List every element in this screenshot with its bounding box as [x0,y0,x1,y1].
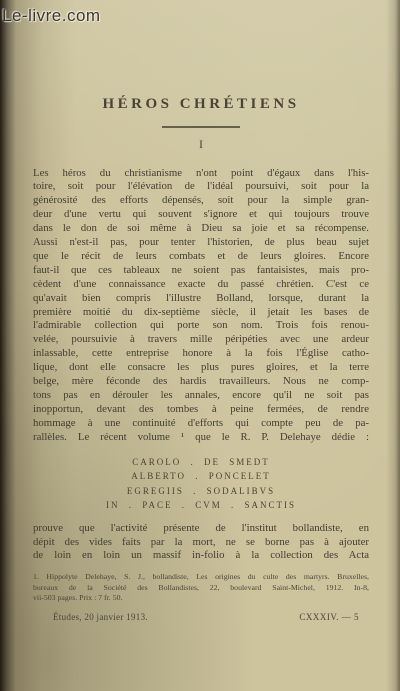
text-line: l'admirable collection qui porte son nom… [33,319,369,333]
title-divider [162,126,240,128]
page-content: HÉROS CHRÉTIENS I Les héros du christian… [33,90,369,622]
footnote-line: bureaux de la Société des Bollandistes, … [33,583,369,593]
body-paragraph-2: prouve que l'activité présente de l'inst… [33,522,369,564]
footer-volume-ref: CXXXIV. — 5 [299,612,369,622]
section-number: I [33,137,369,152]
text-line: hommage à une continuité d'efforts qui c… [33,417,369,431]
dedication-line: IN . PACE . CVM . SANCTIS [33,498,369,513]
dedication-line: EGREGIIS . SODALIBVS [33,484,369,499]
text-line: faut-il que ces tableaux ne soient pas f… [33,264,369,278]
footnote-line: 1. Hippolyte Delehaye, S. J., bollandist… [33,572,369,582]
scanned-page: Le-livre.com HÉROS CHRÉTIENS I Les héros… [0,0,400,691]
text-line: première moitié du dix-septième siècle, … [33,306,369,320]
text-line: prouve que l'activité présente de l'inst… [33,522,369,536]
watermark: Le-livre.com [2,6,101,26]
text-line: dépit des vides faits par la mort, ne se… [33,536,369,550]
dedication-block: CAROLO . DE SMEDTALBERTO . PONCELETEGREG… [33,455,369,513]
text-line: générosité des efforts dépensés, soit po… [33,194,369,208]
text-line: velée, poursuivie à travers mille péripé… [33,333,369,347]
text-line: de loin en loin un massif in-folio à la … [33,549,369,563]
text-line: dans le don de soi même à Dieu sa joie e… [33,222,369,236]
text-line: tons pas en dérouler les annales, encore… [33,389,369,403]
body-paragraph-1: Les héros du christianisme n'ont point d… [33,167,369,445]
text-line: Les héros du christianisme n'ont point d… [33,167,369,181]
footnote: 1. Hippolyte Delehaye, S. J., bollandist… [33,572,369,603]
footer-journal-date: Études, 20 janvier 1913. [33,612,148,622]
dedication-line: CAROLO . DE SMEDT [33,455,369,470]
text-line: belge, mère féconde des hardis travaille… [33,375,369,389]
dedication-line: ALBERTO . PONCELET [33,469,369,484]
text-line: inlassable, cette entreprise honore à la… [33,347,369,361]
text-line: que le récit de leurs combats et de leur… [33,250,369,264]
text-line: rallèles. Le récent volume ¹ que le R. P… [33,431,369,445]
footnote-line: vii-503 pages. Prix : 7 fr. 50. [33,593,369,603]
text-line: lique, dont elle consacre les plus pures… [33,361,369,375]
text-line: qu'avait bien compris l'illustre Bolland… [33,292,369,306]
text-line: toire, soit pour l'élévation de l'idéal … [33,180,369,194]
text-line: Aussi n'est-il pas, pour tenter l'histor… [33,236,369,250]
page-title: HÉROS CHRÉTIENS [33,96,369,113]
text-line: inopportun, devant des tombes à peine fe… [33,403,369,417]
text-line: deur d'une vertu qui souvent s'ignore et… [33,208,369,222]
text-line: cèdent d'une connaissance exacte du pass… [33,278,369,292]
page-footer: Études, 20 janvier 1913. CXXXIV. — 5 [33,612,369,622]
